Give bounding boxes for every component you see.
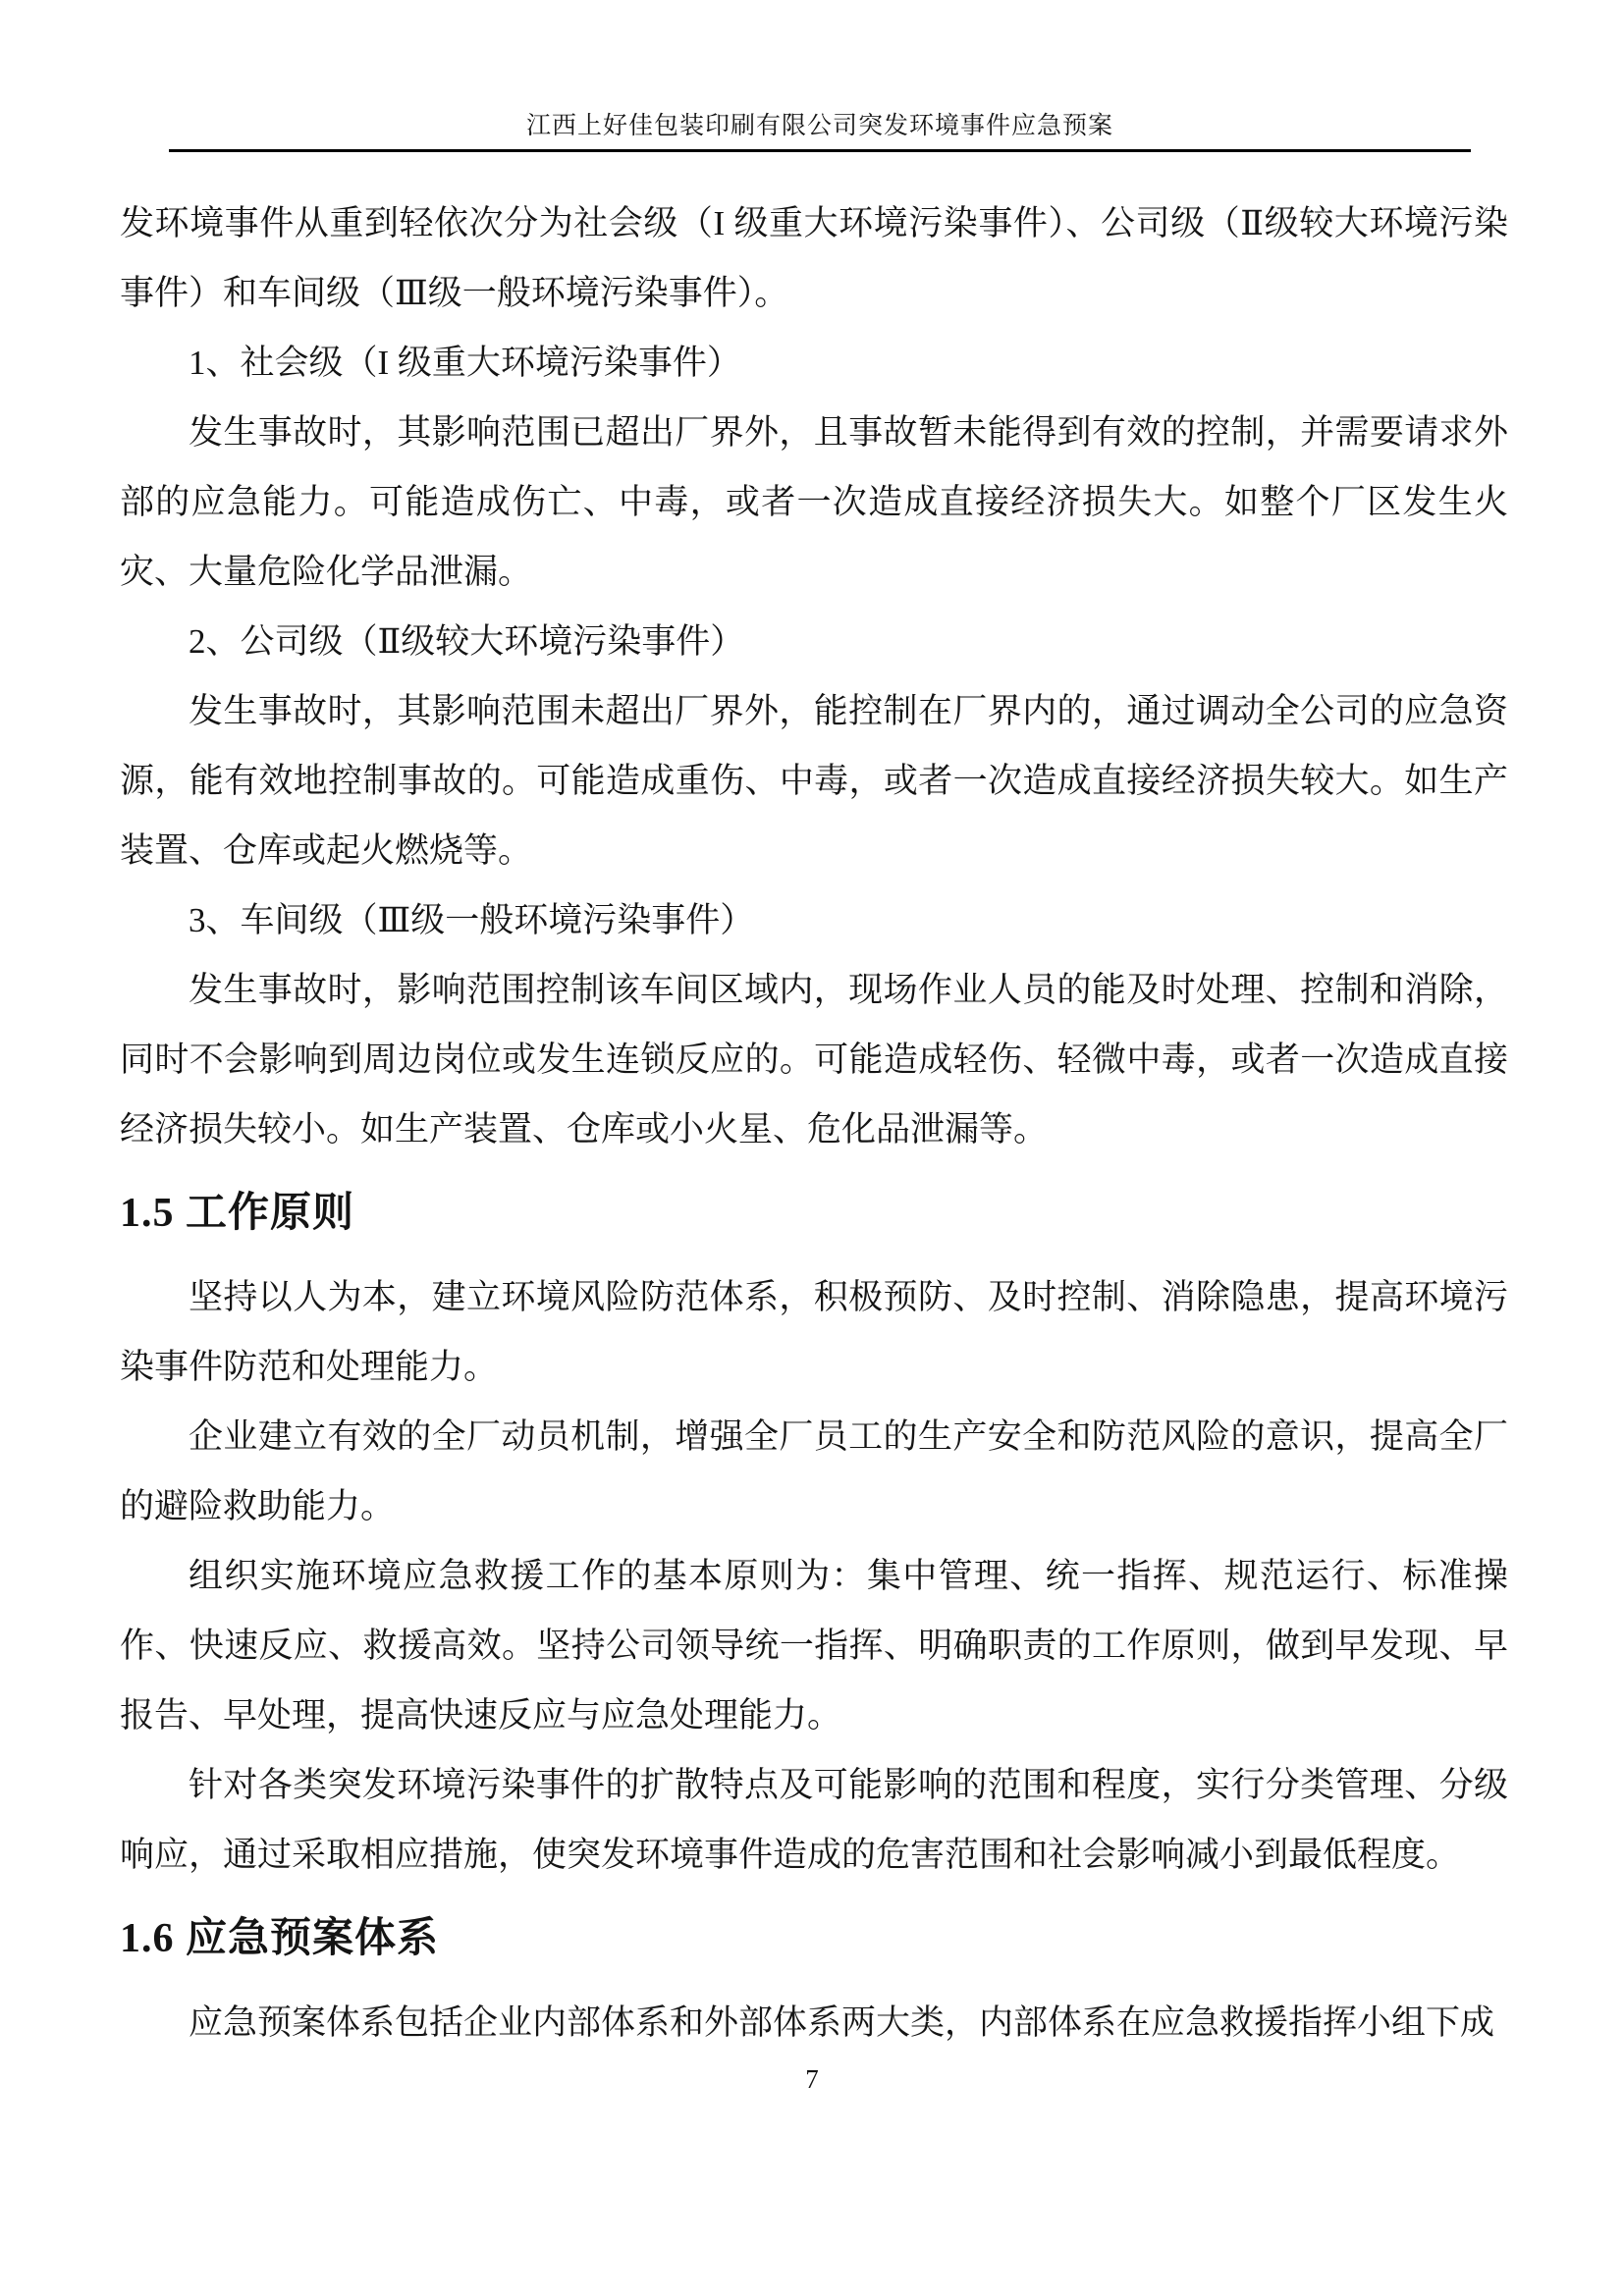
section-heading: 1.6 应急预案体系 <box>120 1909 1508 1968</box>
paragraph: 发生事故时，其影响范围未超出厂界外，能控制在厂界内的，通过调动全公司的应急资源，… <box>120 676 1508 885</box>
section-heading: 1.5 工作原则 <box>120 1184 1508 1243</box>
paragraph: 1、社会级（I 级重大环境污染事件） <box>120 328 1508 398</box>
document-page: 江西上好佳包装印刷有限公司突发环境事件应急预案 发环境事件从重到轻依次分为社会级… <box>0 0 1624 2296</box>
document-body: 发环境事件从重到轻依次分为社会级（I 级重大环境污染事件）、公司级（Ⅱ级较大环境… <box>120 152 1508 2057</box>
page-footer: 7 <box>0 2059 1624 2099</box>
paragraph: 应急预案体系包括企业内部体系和外部体系两大类，内部体系在应急救援指挥小组下成 <box>120 1988 1508 2057</box>
paragraph: 2、公司级（Ⅱ级较大环境污染事件） <box>120 607 1508 676</box>
paragraph: 发环境事件从重到轻依次分为社会级（I 级重大环境污染事件）、公司级（Ⅱ级较大环境… <box>120 188 1508 328</box>
page-number: 7 <box>805 2064 819 2094</box>
paragraph: 组织实施环境应急救援工作的基本原则为：集中管理、统一指挥、规范运行、标准操作、快… <box>120 1541 1508 1750</box>
paragraph: 3、车间级（Ⅲ级一般环境污染事件） <box>120 885 1508 955</box>
header-title: 江西上好佳包装印刷有限公司突发环境事件应急预案 <box>169 112 1471 141</box>
paragraph: 坚持以人为本，建立环境风险防范体系，积极预防、及时控制、消除隐患，提高环境污染事… <box>120 1262 1508 1402</box>
paragraph: 针对各类突发环境污染事件的扩散特点及可能影响的范围和程度，实行分类管理、分级响应… <box>120 1750 1508 1890</box>
paragraph: 发生事故时，其影响范围已超出厂界外，且事故暂未能得到有效的控制，并需要请求外部的… <box>120 398 1508 607</box>
paragraph: 企业建立有效的全厂动员机制，增强全厂员工的生产安全和防范风险的意识，提高全厂的避… <box>120 1402 1508 1541</box>
paragraph: 发生事故时，影响范围控制该车间区域内，现场作业人员的能及时处理、控制和消除，同时… <box>120 955 1508 1164</box>
page-header: 江西上好佳包装印刷有限公司突发环境事件应急预案 <box>169 0 1471 152</box>
